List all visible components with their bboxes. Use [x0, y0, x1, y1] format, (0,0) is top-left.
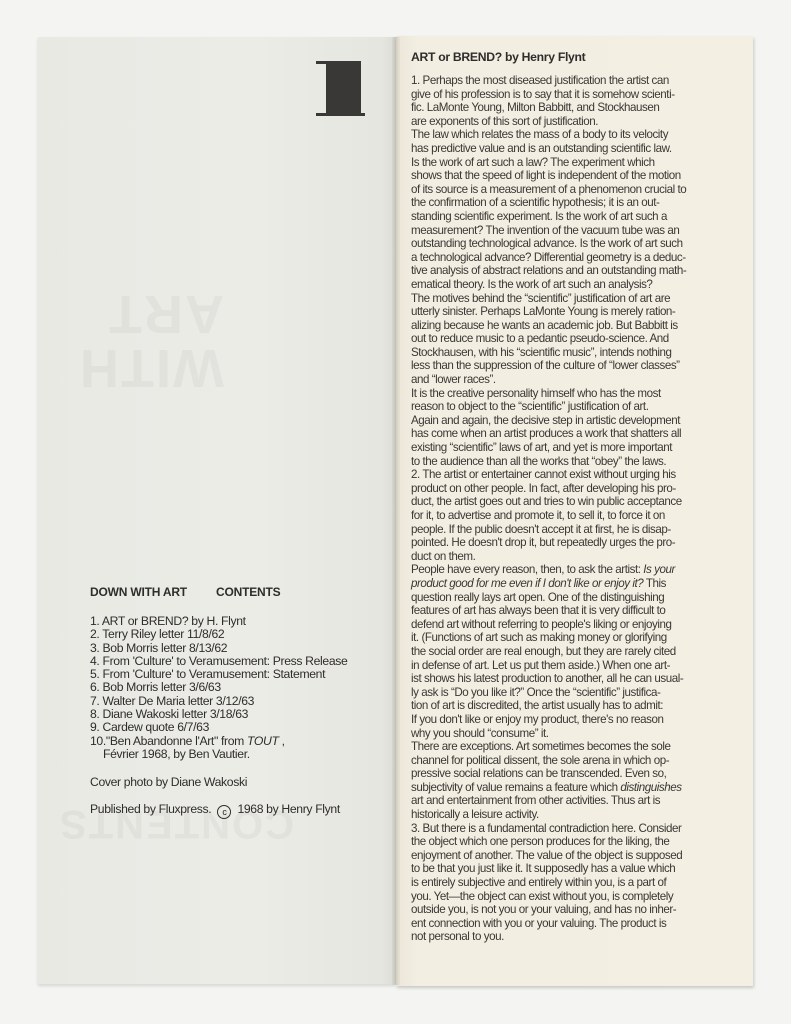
article-line: standing scientific experiment. Is the w…	[411, 210, 711, 224]
article-line: fic. LaMonte Young, Milton Babbitt, and …	[411, 101, 711, 115]
article-line: not personal to you.	[411, 930, 711, 944]
article-line: the object which one person produces for…	[411, 835, 711, 849]
article-line: it. (Functions of art such as making mon…	[411, 631, 711, 645]
page-gutter	[392, 37, 400, 985]
article-line: features of art has always been that it …	[411, 604, 711, 618]
article-line: has come when an artist produces a work …	[411, 427, 711, 441]
article-line: There are exceptions. Art sometimes beco…	[411, 740, 711, 754]
article-line: product on other people. In fact, after …	[411, 482, 711, 496]
article-line: ematical theory. Is the work of art such…	[411, 278, 711, 292]
article-body: 1. Perhaps the most diseased justificati…	[411, 74, 711, 944]
article-line: pointed. He doesn't drop it, but repeate…	[411, 536, 711, 550]
article-line: utterly sinister. Perhaps LaMonte Young …	[411, 305, 711, 319]
article-line: Is the work of art such a law? The exper…	[411, 156, 711, 170]
italic-emphasis: product good for me even if I don't like…	[411, 577, 643, 590]
article-line: ent connection with you or your valuing.…	[411, 917, 711, 931]
contents-item-italic: TOUT	[247, 734, 279, 748]
article-line: existing “scientific” laws of art, and y…	[411, 441, 711, 455]
article-line: is entirely subjective and entirely with…	[411, 876, 711, 890]
article-line: for it, to advertise and promote it, to …	[411, 509, 711, 523]
article-line: enjoyment of another. The value of the o…	[411, 849, 711, 863]
contents-item: 10."Ben Abandonne l'Art" from TOUT ,	[90, 735, 380, 748]
contents-headings: DOWN WITH ART CONTENTS	[90, 585, 380, 615]
article-line: measurement? The invention of the vacuum…	[411, 224, 711, 238]
article-line: the confirmation of a scientific hypothe…	[411, 196, 711, 210]
article-line: art and entertainment from other activit…	[411, 794, 711, 808]
article-line: pressive social relations can be transce…	[411, 767, 711, 781]
article-line: 2. The artist or entertainer cannot exis…	[411, 468, 711, 482]
article-line: out to reduce music to a pedantic pseudo…	[411, 332, 711, 346]
article-line: to the audience than all the works that …	[411, 455, 711, 469]
article-line: tion of art is discredited, the artist u…	[411, 699, 711, 713]
contents-block: DOWN WITH ART CONTENTS 1. ART or BREND? …	[90, 585, 380, 819]
article-line: historically a leisure activity.	[411, 808, 711, 822]
article-line: has predictive value and is an outstandi…	[411, 142, 711, 156]
article-line: less than the suppression of the culture…	[411, 359, 711, 373]
article-line: in defense of art. Let us put them aside…	[411, 659, 711, 673]
article-line: The law which relates the mass of a body…	[411, 128, 711, 142]
contents-item: 8. Diane Wakoski letter 3/18/63	[90, 708, 380, 721]
article-line: duct on them.	[411, 550, 711, 564]
article-line: outstanding technological advance. Is th…	[411, 237, 711, 251]
article: ART or BREND? by Henry Flynt 1. Perhaps …	[411, 50, 711, 944]
contents-item: 2. Terry Riley letter 11/8/62	[90, 628, 380, 641]
contents-item: 1. ART or BREND? by H. Flynt	[90, 615, 380, 628]
cover-credit: Cover photo by Diane Wakoski	[90, 775, 380, 789]
article-line: The motives behind the “scientific” just…	[411, 292, 711, 306]
contents-item: 4. From 'Culture' to Veramusement: Press…	[90, 655, 380, 668]
publisher-suffix: 1968 by Henry Flynt	[237, 802, 339, 816]
article-line: 3. But there is a fundamental contradict…	[411, 822, 711, 836]
article-line: shows that the speed of light is indepen…	[411, 169, 711, 183]
article-line: product good for me even if I don't like…	[411, 577, 711, 591]
article-title: ART or BREND? by Henry Flynt	[411, 50, 711, 64]
article-line: question really lays art open. One of th…	[411, 591, 711, 605]
contents-item: 5. From 'Culture' to Veramusement: State…	[90, 668, 380, 681]
article-line: to be that you just like it. It supposed…	[411, 862, 711, 876]
copyright-icon: c	[217, 805, 231, 819]
article-line: people. If the public doesn't accept it …	[411, 523, 711, 537]
article-line: ist shows his latest production to anoth…	[411, 672, 711, 686]
bleed-through-text: WITHART	[78, 287, 224, 395]
article-line: you. Yet—the object can exist without yo…	[411, 890, 711, 904]
article-line: defend art without referring to people's…	[411, 618, 711, 632]
article-line: channel for political dissent, the sole …	[411, 754, 711, 768]
article-line: and “lower races”.	[411, 373, 711, 387]
article-line: outside you, is not you or your valuing,…	[411, 903, 711, 917]
article-line: a technological advance? Differential ge…	[411, 251, 711, 265]
booklet-title: DOWN WITH ART	[90, 585, 187, 599]
article-line: reason to object to the “scientific” jus…	[411, 400, 711, 414]
article-line: the social order are real enough, but th…	[411, 645, 711, 659]
italic-emphasis: Is your	[643, 563, 675, 576]
contents-list: 1. ART or BREND? by H. Flynt2. Terry Ril…	[90, 615, 380, 761]
article-line: ly ask is “Do you like it?” Once the “sc…	[411, 686, 711, 700]
contents-item: 7. Walter De Maria letter 3/12/63	[90, 695, 380, 708]
article-line: Again and again, the decisive step in ar…	[411, 414, 711, 428]
article-line: 1. Perhaps the most diseased justificati…	[411, 74, 711, 88]
italic-emphasis: distinguishes	[620, 781, 681, 794]
article-line: tive analysis of abstract relations and …	[411, 264, 711, 278]
left-page: WITHART CONTENTS	[38, 37, 396, 984]
article-line: give of his profession is to say that it…	[411, 88, 711, 102]
article-line: subjectivity of value remains a feature …	[411, 781, 711, 795]
article-line: Stockhausen, with his “scientific music”…	[411, 346, 711, 360]
article-line: why you should “consume” it.	[411, 727, 711, 741]
article-line: alizing because he wants an academic job…	[411, 319, 711, 333]
contents-heading: CONTENTS	[216, 585, 280, 599]
article-line: People have every reason, then, to ask t…	[411, 563, 711, 577]
article-line: of its source is a measurement of a phen…	[411, 183, 711, 197]
contents-item: 6. Bob Morris letter 3/6/63	[90, 681, 380, 694]
publisher-prefix: Published by Fluxpress.	[90, 802, 211, 816]
contents-item: 3. Bob Morris letter 8/13/62	[90, 642, 380, 655]
publisher-line: Published by Fluxpress. c 1968 by Henry …	[90, 802, 380, 819]
contents-item: 9. Cardew quote 6/7/63	[90, 721, 380, 734]
article-line: It is the creative personality himself w…	[411, 387, 711, 401]
article-line: duct, the artist goes out and tries to w…	[411, 495, 711, 509]
contents-item-continued: Février 1968, by Ben Vautier.	[90, 748, 380, 761]
chapter-numeral-one	[316, 61, 360, 116]
article-line: are exponents of this sort of justificat…	[411, 115, 711, 129]
article-line: If you don't like or enjoy my product, t…	[411, 713, 711, 727]
